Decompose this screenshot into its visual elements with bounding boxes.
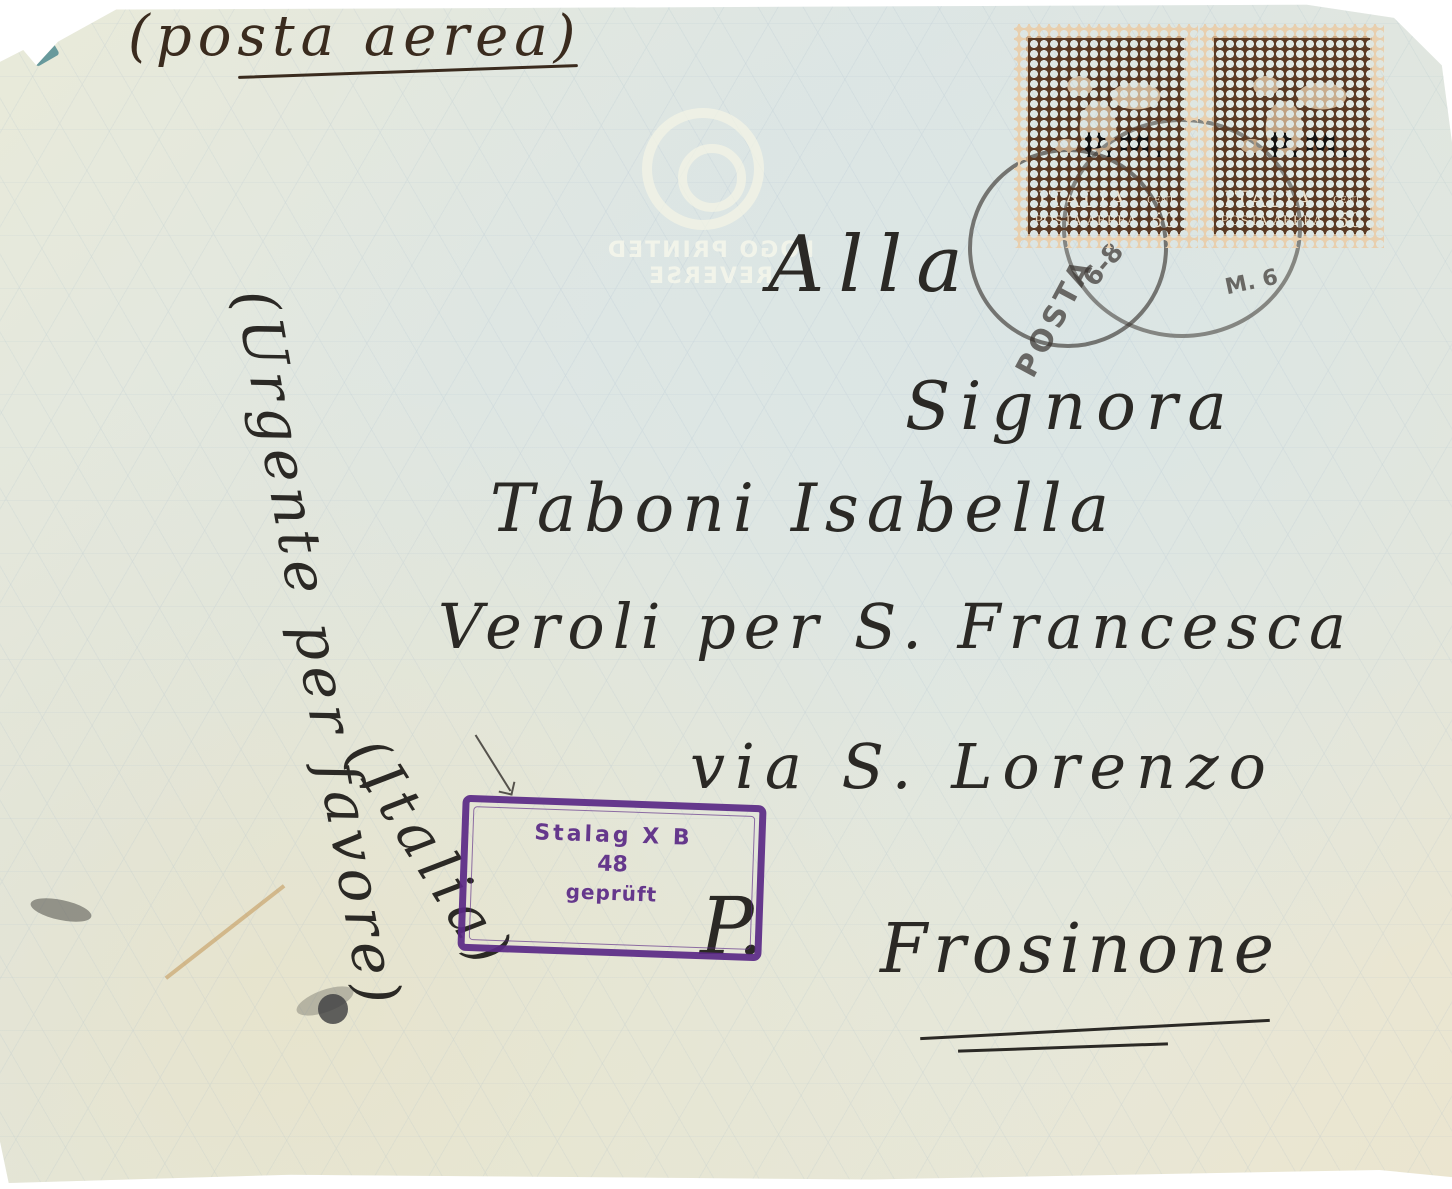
stamp-cent-label: CENT. <box>1147 196 1176 206</box>
airmail-note: (posta aerea) <box>128 4 582 69</box>
stamp-country: ITALIA <box>1224 188 1313 213</box>
stamp-label: POSTA·AEREA <box>1220 214 1323 229</box>
postage-stamp: P.M. ITALIA CENT. 50 POSTA·AEREA <box>1014 24 1198 248</box>
stamp-overprint: P.M. <box>1082 126 1168 166</box>
envelope: LOGO PRINTED REVERSE (posta aerea) (Urge… <box>0 0 1452 1189</box>
censor-stamp: Stalag X B 48 geprüft <box>457 795 766 962</box>
stamp-value: 50 <box>1151 208 1176 232</box>
address-line1: Veroli per S. Francesca <box>438 590 1354 663</box>
stamp-value: 50 <box>1337 208 1362 232</box>
address-title: Signora <box>905 368 1237 445</box>
censor-camp: Stalag X B <box>468 818 759 853</box>
stamp-country: ITALIA <box>1038 188 1127 213</box>
address-name: Taboni Isabella <box>490 470 1117 547</box>
stamp-cent-label: CENT. <box>1333 196 1362 206</box>
stamp-label: POSTA·AEREA <box>1034 214 1137 229</box>
address-salutation: Alla <box>768 220 977 310</box>
address-line2: via S. Lorenzo <box>690 730 1276 803</box>
watermark-logo-icon <box>642 108 764 230</box>
address-city: Frosinone <box>880 910 1280 989</box>
censor-checked: geprüft <box>466 876 757 910</box>
censor-number: 48 <box>467 847 758 882</box>
ink-blot <box>318 994 348 1024</box>
stamp-overprint: P.M. <box>1268 126 1354 166</box>
stamp-pair: P.M. ITALIA CENT. 50 POSTA·AEREA P.M. IT… <box>1014 24 1384 248</box>
postage-stamp: P.M. ITALIA CENT. 50 POSTA·AEREA <box>1200 24 1384 248</box>
